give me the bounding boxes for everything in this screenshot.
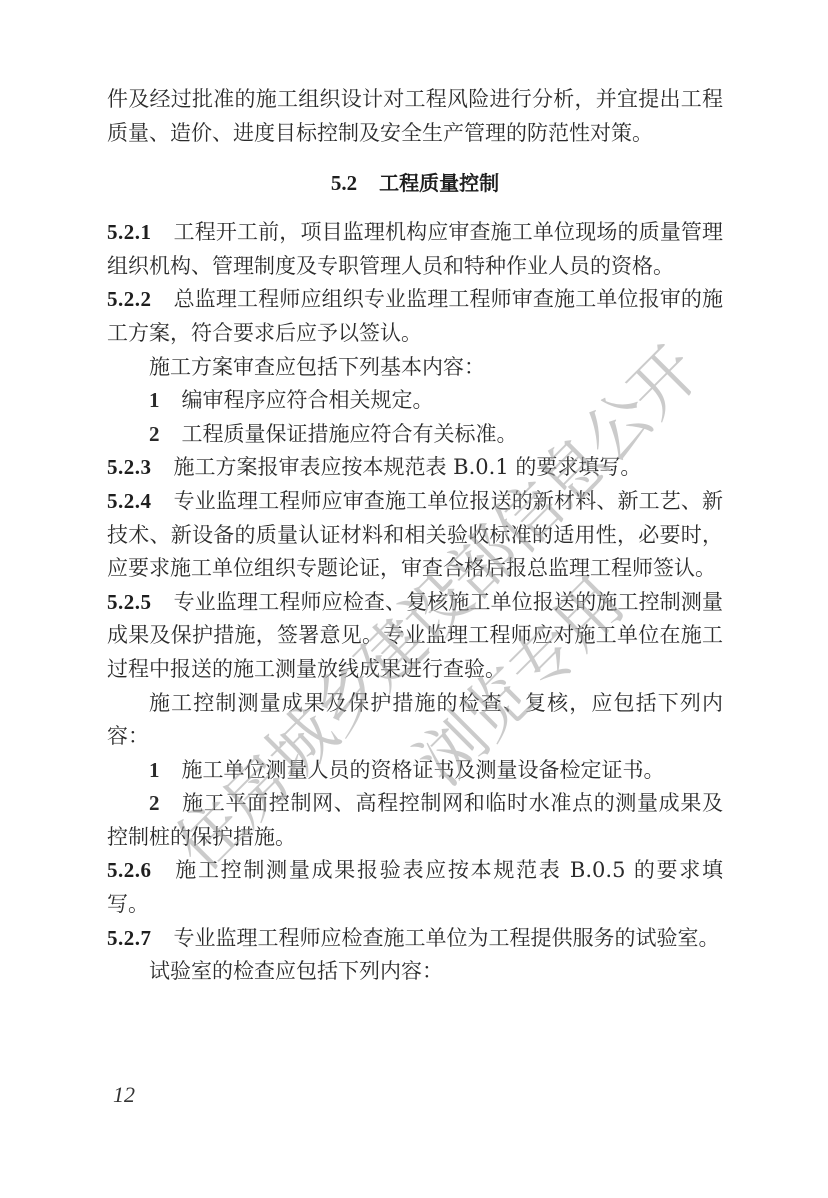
list-item: 2施工平面控制网、高程控制网和临时水准点的测量成果及控制桩的保护措施。: [107, 787, 723, 854]
clause-number: 5.2.7: [107, 926, 152, 950]
item-number: 2: [149, 791, 160, 815]
clause-number: 5.2.5: [107, 590, 152, 614]
clause-5-2-2: 5.2.2总监理工程师应组织专业监理工程师审查施工单位报审的施工方案，符合要求后…: [107, 283, 723, 350]
clause-5-2-7: 5.2.7专业监理工程师应检查施工单位为工程提供服务的试验室。: [107, 922, 723, 956]
clause-text: 施工控制测量成果报验表应按本规范表 B.0.5 的要求填写。: [107, 858, 723, 916]
list-item: 1编审程序应符合相关规定。: [107, 384, 723, 418]
clause-number: 5.2.6: [107, 858, 152, 882]
item-text: 施工单位测量人员的资格证书及测量设备检定证书。: [182, 758, 665, 782]
clause-text: 专业监理工程师应检查、复核施工单位报送的施工控制测量成果及保护措施，签署意见。专…: [107, 590, 723, 681]
lead-paragraph: 件及经过批准的施工组织设计对工程风险进行分析，并宜提出工程质量、造价、进度目标控…: [107, 83, 723, 150]
section-heading: 5.2工程质量控制: [107, 166, 723, 200]
clause-number: 5.2.4: [107, 489, 152, 513]
item-text: 编审程序应符合相关规定。: [182, 388, 434, 412]
list-intro: 施工方案审查应包括下列基本内容：: [107, 351, 723, 385]
document-page: 件及经过批准的施工组织设计对工程风险进行分析，并宜提出工程质量、造价、进度目标控…: [0, 0, 828, 1198]
clause-5-2-6: 5.2.6施工控制测量成果报验表应按本规范表 B.0.5 的要求填写。: [107, 854, 723, 921]
item-text: 工程质量保证措施应符合有关标准。: [182, 422, 518, 446]
section-title: 工程质量控制: [379, 171, 499, 195]
list-item: 2工程质量保证措施应符合有关标准。: [107, 418, 723, 452]
clause-number: 5.2.1: [107, 220, 152, 244]
clause-number: 5.2.3: [107, 455, 152, 479]
clause-text: 施工方案报审表应按本规范表 B.0.1 的要求填写。: [174, 455, 642, 479]
item-text: 施工平面控制网、高程控制网和临时水准点的测量成果及控制桩的保护措施。: [107, 791, 723, 849]
clause-5-2-1: 5.2.1工程开工前，项目监理机构应审查施工单位现场的质量管理组织机构、管理制度…: [107, 216, 723, 283]
clause-text: 总监理工程师应组织专业监理工程师审查施工单位报审的施工方案，符合要求后应予以签认…: [107, 287, 723, 345]
item-number: 2: [149, 422, 160, 446]
item-number: 1: [149, 388, 160, 412]
page-body: 件及经过批准的施工组织设计对工程风险进行分析，并宜提出工程质量、造价、进度目标控…: [107, 83, 723, 989]
list-intro: 施工控制测量成果及保护措施的检查、复核，应包括下列内容：: [107, 687, 723, 754]
clause-text: 工程开工前，项目监理机构应审查施工单位现场的质量管理组织机构、管理制度及专职管理…: [107, 220, 723, 278]
clause-text: 专业监理工程师应检查施工单位为工程提供服务的试验室。: [174, 926, 720, 950]
clause-5-2-4: 5.2.4专业监理工程师应审查施工单位报送的新材料、新工艺、新技术、新设备的质量…: [107, 485, 723, 586]
clause-text: 专业监理工程师应审查施工单位报送的新材料、新工艺、新技术、新设备的质量认证材料和…: [107, 489, 723, 580]
clause-5-2-5: 5.2.5专业监理工程师应检查、复核施工单位报送的施工控制测量成果及保护措施，签…: [107, 586, 723, 687]
item-number: 1: [149, 758, 160, 782]
clause-number: 5.2.2: [107, 287, 152, 311]
section-number: 5.2: [331, 171, 357, 195]
list-item: 1施工单位测量人员的资格证书及测量设备检定证书。: [107, 754, 723, 788]
page-number: 12: [113, 1082, 135, 1108]
list-intro: 试验室的检查应包括下列内容：: [107, 955, 723, 989]
clause-5-2-3: 5.2.3施工方案报审表应按本规范表 B.0.1 的要求填写。: [107, 451, 723, 485]
